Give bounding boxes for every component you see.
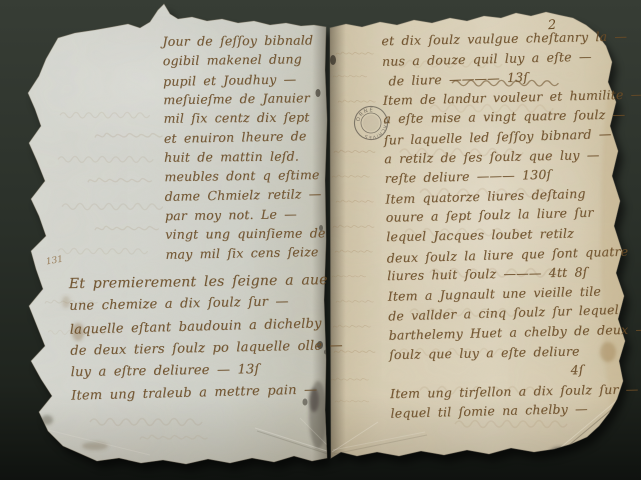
manuscript-line: may mil ſix cens ſeize <box>165 242 337 264</box>
margin-note: 131 <box>45 255 64 268</box>
folio-number: 2 <box>547 18 556 34</box>
manuscript-line: et enuiron lheure de <box>164 126 336 148</box>
manuscript-line: lequel til ſomie na chelby — <box>390 398 618 423</box>
manuscript-line: Item ung traleub a mettre pain — <box>71 379 339 408</box>
manuscript-line: mil ſix centz dix ſept <box>164 107 336 128</box>
manuscript-line: par moy not. Le — <box>165 203 337 225</box>
manuscript-line: ogibil makenel dung <box>163 49 335 71</box>
left-page-text-lower: Et premierement les ſeigne a aueune chem… <box>69 268 340 407</box>
manuscript-line: huit de mattin leſd. <box>164 146 336 167</box>
handwriting-layer: Jour de ſeſſoy bibnaldogibil makenel dun… <box>0 0 641 480</box>
manuscript-line: meſuieſme de Januier <box>163 88 335 110</box>
manuscript-photograph: ORNE ARCHIVES Jour de ſeſſoy bibnaldogib… <box>0 0 641 480</box>
right-page-text: et dix ſoulz vaulgue cheſtanry la —nus a… <box>381 26 619 423</box>
left-page-text-upper: Jour de ſeſſoy bibnaldogibil makenel dun… <box>162 30 337 264</box>
manuscript-line: Jour de ſeſſoy bibnald <box>162 30 334 51</box>
manuscript-line: vingt ung quinſieme de <box>165 223 337 244</box>
